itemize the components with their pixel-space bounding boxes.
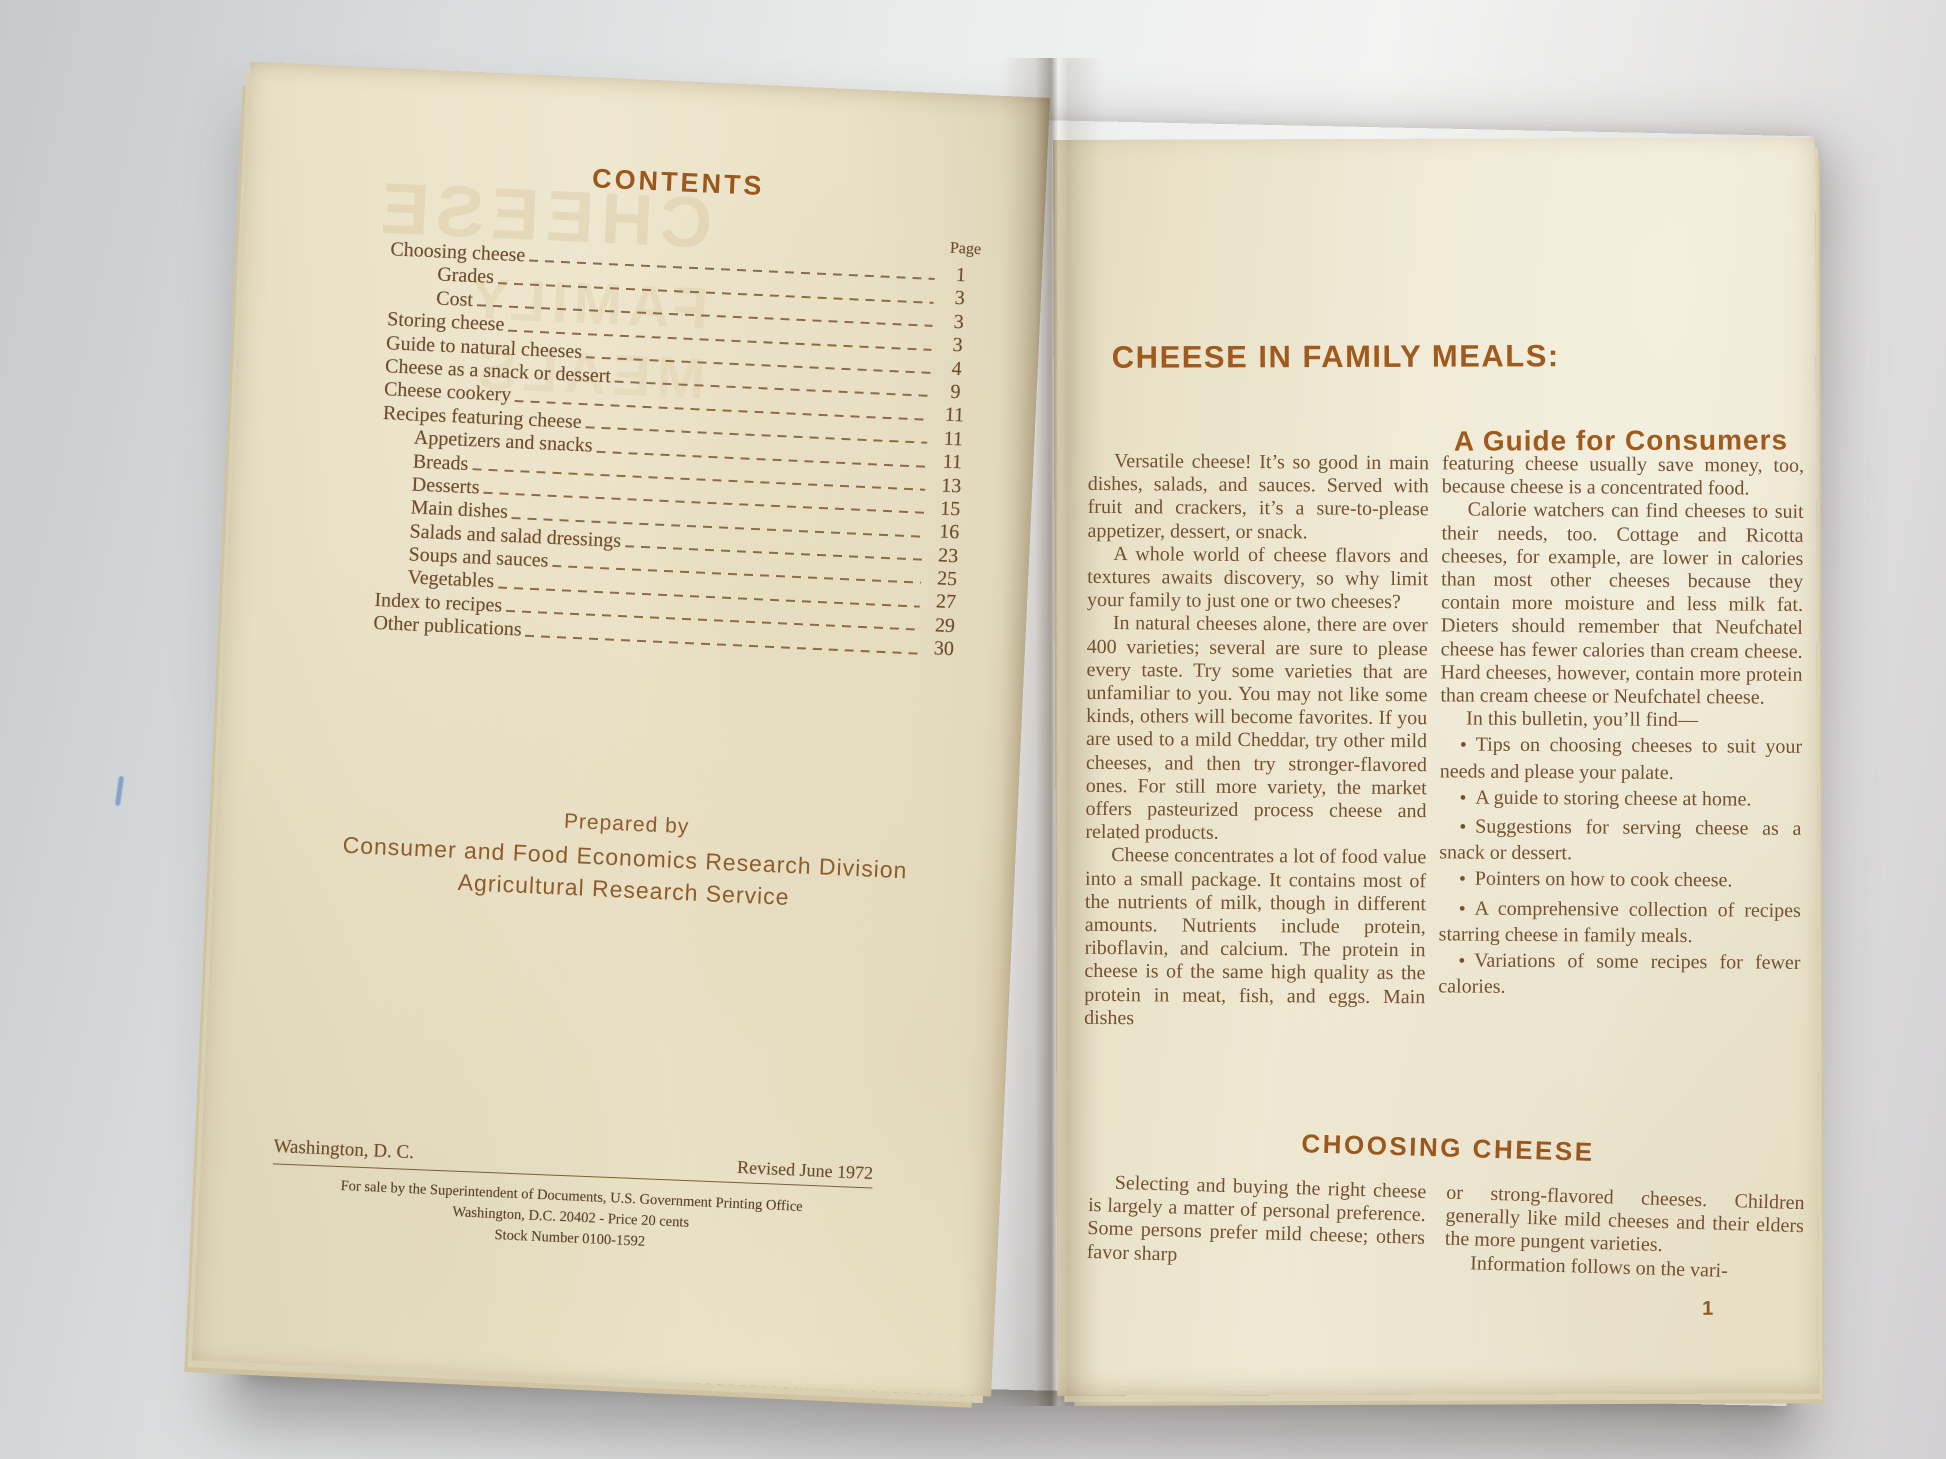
bullet-item: Tips on choosing cheeses to suit your ne… (1440, 734, 1802, 786)
section-column-right: or strong-flavored cheeses. Children gen… (1444, 1182, 1805, 1285)
dotted-leader (525, 634, 917, 654)
body-column-left: Versatile cheese! It’s so good in main d… (1084, 450, 1429, 1032)
paragraph: In this bulletin, you’ll find— (1440, 708, 1802, 734)
toc-entry-page: 11 (933, 403, 976, 428)
paragraph: Cheese concentrates a lot of food value … (1084, 844, 1426, 1032)
bullet-item: Pointers on how to cook cheese. (1439, 868, 1801, 897)
toc-entry-page: 11 (932, 427, 975, 452)
blue-mark (115, 776, 124, 806)
choosing-cheese-section: CHOOSING CHEESE Selecting and buying the… (1086, 1122, 1806, 1285)
imprint-place: Washington, D. C. (273, 1136, 414, 1164)
document-title: CHEESE IN FAMILY MEALS: (1112, 338, 1560, 376)
paragraph: Versatile cheese! It’s so good in main d… (1087, 450, 1429, 545)
page-number: 1 (1702, 1298, 1713, 1321)
body-columns: Versatile cheese! It’s so good in main d… (1084, 450, 1804, 1035)
paragraph: In natural cheeses alone, there are over… (1085, 612, 1428, 846)
imprint-revised-date: Revised June 1972 (737, 1157, 874, 1184)
paragraph: featuring cheese usually save money, too… (1442, 452, 1804, 501)
toc-entry-page: 23 (927, 544, 970, 569)
toc-entry-page: 25 (926, 567, 969, 592)
bullet-item: A comprehensive collection of recipes st… (1439, 897, 1801, 949)
toc-entry-page: 3 (936, 333, 979, 358)
toc-entry-page: 15 (929, 497, 972, 522)
bullet-item: Suggestions for serving cheese as a snac… (1439, 815, 1801, 867)
paragraph: Selecting and buying the right cheese is… (1086, 1171, 1426, 1274)
bullet-item: A guide to storing cheese at home. (1440, 786, 1802, 815)
paragraph: A whole world of cheese flavors and text… (1087, 543, 1428, 615)
toc-entry-page: 3 (938, 287, 981, 312)
toc-entry-label: Breads (380, 449, 469, 476)
imprint-block: Washington, D. C. Revised June 1972 For … (270, 1136, 874, 1263)
body-column-right: featuring cheese usually save money, too… (1438, 452, 1804, 1035)
left-page: CHEESE FAMILY MEALS CONTENTS Page Choosi… (192, 62, 1050, 1397)
toc-entry-page: 30 (922, 637, 965, 662)
paragraph: Calorie watchers can find cheeses to sui… (1440, 499, 1803, 710)
toc-entry-page: 16 (928, 520, 971, 545)
toc-entry-page: 1 (939, 263, 982, 288)
toc-entry-page: 29 (923, 614, 966, 639)
toc-entry-page: 11 (931, 450, 974, 475)
bullet-item: Variations of some recipes for fewer cal… (1438, 949, 1800, 1001)
toc-entry-page: 3 (937, 310, 980, 335)
toc-entry-label: Cost (388, 285, 474, 312)
toc-entry-page: 27 (924, 590, 967, 615)
paragraph: or strong-flavored cheeses. Children gen… (1445, 1182, 1805, 1262)
section-heading: CHOOSING CHEESE (1090, 1122, 1807, 1174)
toc-entry-page: 4 (935, 357, 978, 382)
prepared-by-block: Prepared by Consumer and Food Economics … (313, 798, 936, 917)
right-page: CHEESE IN FAMILY MEALS: A Guide for Cons… (1053, 137, 1819, 1396)
toc-entry-page: 9 (934, 380, 977, 405)
section-column-left: Selecting and buying the right cheese is… (1086, 1171, 1426, 1274)
toc-entry-page: 13 (930, 473, 973, 498)
table-of-contents: Page Choosing cheese 1 Grades 3 Cost 3 S… (373, 214, 984, 662)
